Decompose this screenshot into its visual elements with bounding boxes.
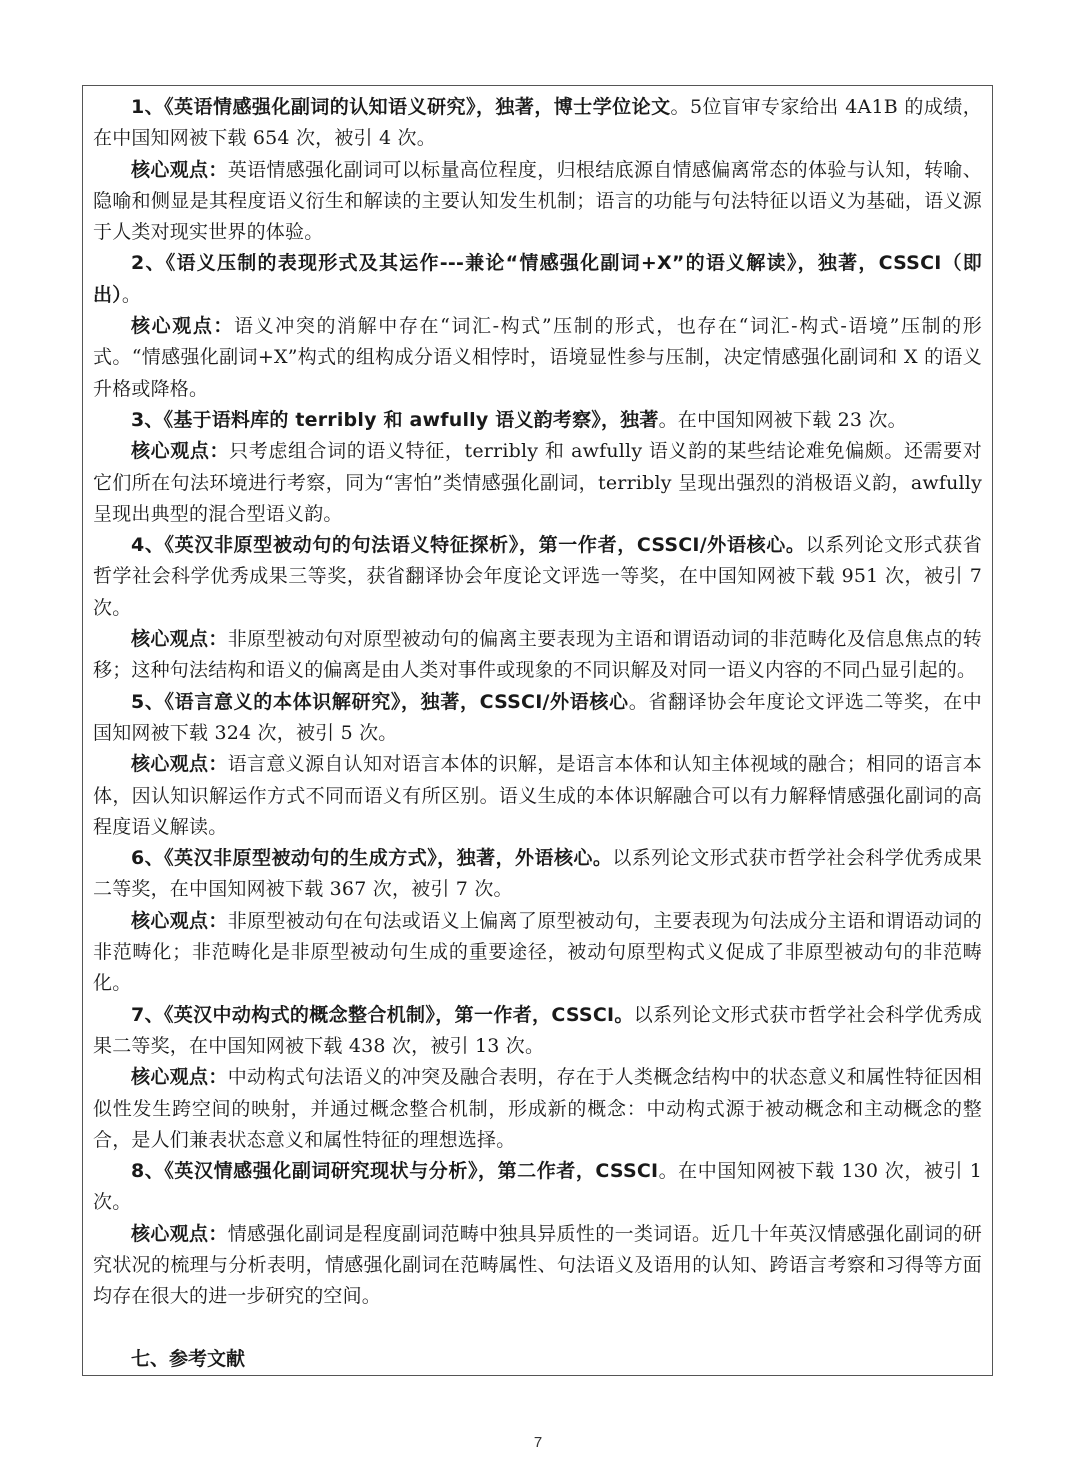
entry-title: 《英汉中动构式的概念整合机制》，第一作者，CSSCI。 — [164, 1004, 634, 1026]
core-viewpoint: 核心观点：非原型被动句在句法或语义上偏离了原型被动句，主要表现为句法成分主语和谓… — [93, 906, 982, 1000]
entry-title: 《语言意义的本体识解研究》，独著，CSSCI/外语核心 — [165, 691, 629, 713]
core-label: 核心观点： — [131, 159, 228, 181]
core-viewpoint: 核心观点：情感强化副词是程度副词范畴中独具异质性的一类词语。近几十年英汉情感强化… — [93, 1219, 982, 1313]
core-viewpoint: 核心观点：非原型被动句对原型被动句的偏离主要表现为主语和谓语动词的非范畴化及信息… — [93, 624, 982, 687]
entry-number: 7、 — [131, 1004, 164, 1026]
entry-number: 6、 — [131, 847, 164, 869]
core-label: 核心观点： — [131, 628, 228, 650]
content-box: 1、《英语情感强化副词的认知语义研究》，独著，博士学位论文。5位盲审专家给出 4… — [82, 85, 993, 1376]
entry-number: 2、 — [131, 252, 166, 274]
entry-title: 《英汉情感强化副词研究现状与分析》，第二作者，CSSCI — [164, 1160, 658, 1182]
entry-number: 5、 — [131, 691, 165, 713]
core-label: 核心观点： — [131, 753, 228, 775]
core-viewpoint: 核心观点：语言意义源自认知对语言本体的识解，是语言本体和认知主体视域的融合；相同… — [93, 749, 982, 843]
publication-entry: 7、《英汉中动构式的概念整合机制》，第一作者，CSSCI。以系列论文形式获市哲学… — [93, 1000, 982, 1063]
publication-entry: 2、《语义压制的表现形式及其运作---兼论“情感强化副词+X”的语义解读》，独著… — [93, 248, 982, 311]
entry-title: 《英汉非原型被动句的句法语义特征探析》，第一作者，CSSCI/外语核心。 — [165, 534, 806, 556]
section-heading-references: 七、参考文献 — [131, 1344, 245, 1371]
entry-title: 《基于语料库的 terribly 和 awfully 语义韵考察》，独著 — [164, 409, 659, 431]
entry-title: 《语义压制的表现形式及其运作---兼论“情感强化副词+X”的语义解读》，独著，C… — [93, 252, 982, 305]
entry-number: 8、 — [131, 1160, 164, 1182]
page-number: 7 — [0, 1434, 1076, 1451]
entry-number: 4、 — [131, 534, 165, 556]
core-label: 核心观点： — [131, 440, 229, 462]
core-viewpoint: 核心观点：只考虑组合词的语义特征，terribly 和 awfully 语义韵的… — [93, 436, 982, 530]
entry-title: 《英汉非原型被动句的生成方式》，独著，外语核心。 — [164, 847, 612, 869]
entry-detail: 。 — [122, 284, 141, 306]
core-label: 核心观点： — [131, 1223, 228, 1245]
core-viewpoint: 核心观点：中动构式句法语义的冲突及融合表明，存在于人类概念结构中的状态意义和属性… — [93, 1062, 982, 1156]
publication-entry: 4、《英汉非原型被动句的句法语义特征探析》，第一作者，CSSCI/外语核心。以系… — [93, 530, 982, 624]
core-label: 核心观点： — [131, 315, 234, 337]
entry-number: 1、 — [131, 96, 164, 118]
entry-title: 《英语情感强化副词的认知语义研究》，独著，博士学位论文 — [164, 96, 670, 118]
publication-entry: 1、《英语情感强化副词的认知语义研究》，独著，博士学位论文。5位盲审专家给出 4… — [93, 92, 982, 155]
core-label: 核心观点： — [131, 1066, 228, 1088]
publication-entry: 8、《英汉情感强化副词研究现状与分析》，第二作者，CSSCI。在中国知网被下载 … — [93, 1156, 982, 1219]
core-viewpoint: 核心观点：语义冲突的消解中存在“词汇-构式”压制的形式，也存在“词汇-构式-语境… — [93, 311, 982, 405]
publication-entry: 3、《基于语料库的 terribly 和 awfully 语义韵考察》，独著。在… — [93, 405, 982, 436]
publication-entry: 5、《语言意义的本体识解研究》，独著，CSSCI/外语核心。省翻译协会年度论文评… — [93, 687, 982, 750]
publication-entry: 6、《英汉非原型被动句的生成方式》，独著，外语核心。以系列论文形式获市哲学社会科… — [93, 843, 982, 906]
entry-number: 3、 — [131, 409, 164, 431]
entry-detail: 。在中国知网被下载 23 次。 — [659, 409, 907, 431]
core-label: 核心观点： — [131, 910, 228, 932]
core-viewpoint: 核心观点：英语情感强化副词可以标量高位程度，归根结底源自情感偏离常态的体验与认知… — [93, 155, 982, 249]
